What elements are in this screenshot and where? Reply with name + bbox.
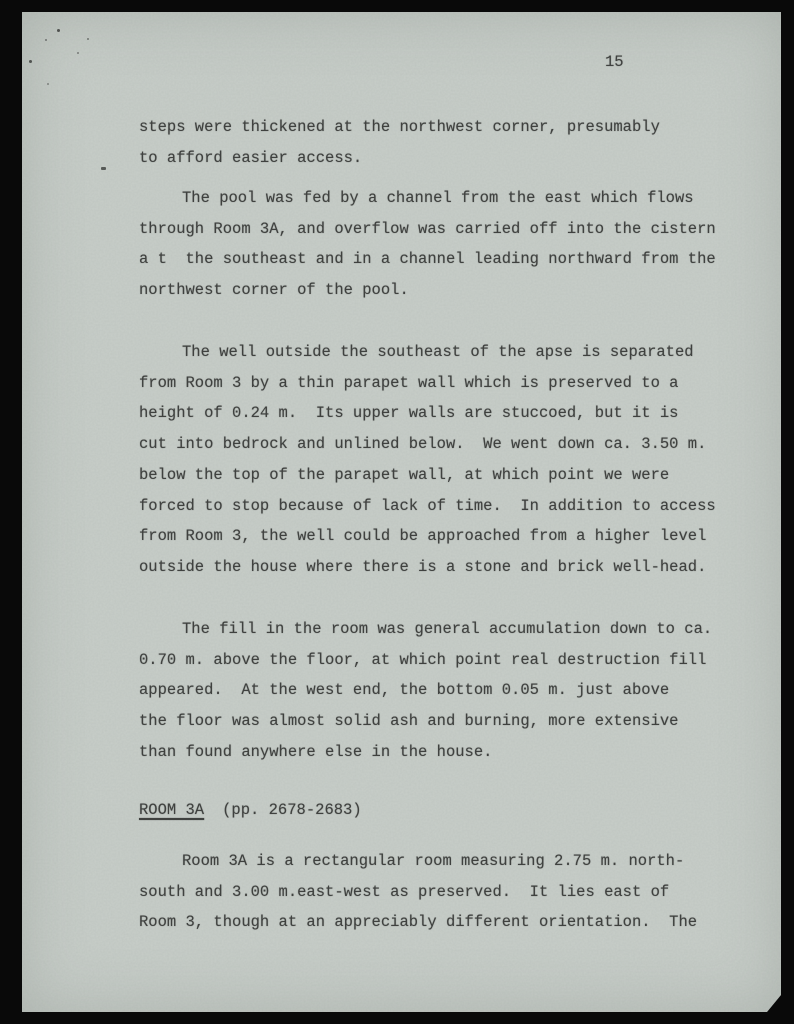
scanned-document-screenshot: { "page": { "number": "15", "paper_color… xyxy=(0,0,794,1024)
paragraph: Room 3A is a rectangular room measuring … xyxy=(139,846,697,938)
paragraph: The fill in the room was general accumul… xyxy=(139,614,712,768)
text-line: below the top of the parapet wall, at wh… xyxy=(139,460,716,491)
text-line: outside the house where there is a stone… xyxy=(139,552,716,583)
text-line: from Room 3 by a thin parapet wall which… xyxy=(139,368,716,399)
paragraph: steps were thickened at the northwest co… xyxy=(139,112,660,173)
text-line: 0.70 m. above the floor, at which point … xyxy=(139,645,712,676)
text-line: Room 3, though at an appreciably differe… xyxy=(139,907,697,938)
text-line: cut into bedrock and unlined below. We w… xyxy=(139,429,716,460)
document-body: ROOM 3A(pp. 2678-2683) steps were thicke… xyxy=(22,12,781,1012)
text-line: height of 0.24 m. Its upper walls are st… xyxy=(139,398,716,429)
section-heading-pages-ref: (pp. 2678-2683) xyxy=(222,801,362,819)
text-line: a t the southeast and in a channel leadi… xyxy=(139,244,716,275)
text-line: The pool was fed by a channel from the e… xyxy=(139,183,716,214)
text-line: from Room 3, the well could be approache… xyxy=(139,521,716,552)
document-page: 15 ROOM 3A(pp. 2678-2683) steps were thi… xyxy=(22,12,781,1012)
text-line: appeared. At the west end, the bottom 0.… xyxy=(139,675,712,706)
text-line: The well outside the southeast of the ap… xyxy=(139,337,716,368)
paragraph: The well outside the southeast of the ap… xyxy=(139,337,716,583)
text-line: than found anywhere else in the house. xyxy=(139,737,712,768)
paragraph: The pool was fed by a channel from the e… xyxy=(139,183,716,306)
section-heading: ROOM 3A(pp. 2678-2683) xyxy=(139,801,362,820)
text-line: through Room 3A, and overflow was carrie… xyxy=(139,214,716,245)
section-heading-title: ROOM 3A xyxy=(139,801,204,819)
text-line: to afford easier access. xyxy=(139,143,660,174)
text-line: Room 3A is a rectangular room measuring … xyxy=(139,846,697,877)
text-line: steps were thickened at the northwest co… xyxy=(139,112,660,143)
text-line: forced to stop because of lack of time. … xyxy=(139,491,716,522)
text-line: northwest corner of the pool. xyxy=(139,275,716,306)
text-line: south and 3.00 m.east-west as preserved.… xyxy=(139,877,697,908)
scan-background: 15 ROOM 3A(pp. 2678-2683) steps were thi… xyxy=(0,0,794,1024)
text-line: The fill in the room was general accumul… xyxy=(139,614,712,645)
text-line: the floor was almost solid ash and burni… xyxy=(139,706,712,737)
